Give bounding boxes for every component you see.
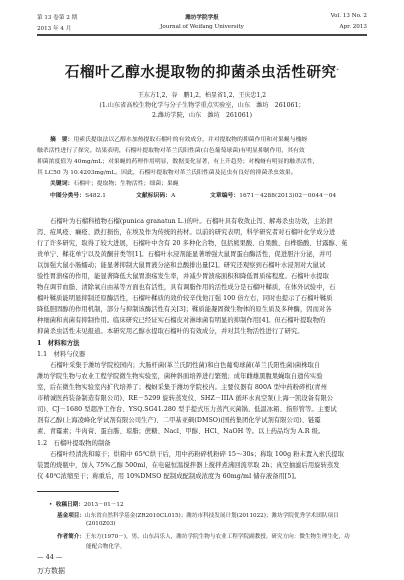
- header-vol-en: Vol. 13 No. 2: [331, 13, 367, 19]
- footnote-fund: 基金项目：山东省自然科学基金(ZR2010CL015)；潍坊市科技发展计划(20…: [57, 511, 339, 519]
- watermark: 万方数据: [37, 566, 65, 576]
- header-date-en: Apr. 2013: [340, 24, 367, 30]
- affiliation-1: (1.山东省高校生物化学与分子生物学重点实验室，山东 潍坊 261061；: [0, 100, 404, 109]
- article-title: 石榴叶乙醇水提取物的抑菌杀虫活性研究*: [0, 61, 404, 82]
- intro-line-5: 以加强大鼠小肠蠕动；能显著抑制大鼠胃液分泌和总酸排出量[2]。研究还观察到石榴叶…: [37, 260, 325, 269]
- intro-line-3: 行了许多研究，取得了较大进展，石榴叶中含有 20 多种化合物，包括熊果酸、白果酸…: [37, 238, 348, 247]
- keywords: 关键词：石榴叶；提取物；生物活性；细菌；果蝇: [50, 178, 179, 187]
- section-1-1-line-1: 石榴叶采集于潍坊学院校园内；大肠杆菌(革兰氏阴性菌)和白色葡萄球菌(革兰氏阳性菌…: [50, 360, 320, 369]
- abstract-line-4: 其 LC50 为 10.4203mg/mL。因此，石榴叶提取物对革兰氏阳性菌及昆…: [37, 167, 297, 176]
- abstract-line-1: 摘 要：用索氏提取法以乙醇水加热提取石榴叶的有效成分，并对提取物的抑菌作用和对果…: [50, 134, 307, 143]
- section-1-1-line-4: 市精诚医药装备制造有限公司)、RE－5299 旋转蒸发仪、SHZ－IIIA 循环…: [37, 393, 333, 402]
- header-rule: [37, 34, 367, 36]
- affiliation-2: 2.潍坊学院，山东 潍坊 261061): [0, 110, 404, 119]
- section-1-1-heading: 1.1 材料与仪器: [37, 349, 85, 358]
- abstract-line-2: 触杀活性进行了探究。结果表明，石榴叶提取物对革兰氏阳性菌(白色葡萄球菌)有明显抑…: [37, 145, 305, 154]
- section-1-2-heading: 1.2 石榴叶提取物的制备: [37, 438, 111, 447]
- intro-line-10: 种细菌和真菌有抑制作用。临床研究已经证实石榴皮对淋球菌有明显的抑制作用[4]。但…: [37, 315, 325, 324]
- footnote-divider: [37, 491, 119, 492]
- section-1-1-line-6: 剂有乙醇(上海凌峰化学试剂有限公司生产)、二甲基亚砜(DMSO)(国药集团化学试…: [37, 415, 321, 424]
- authors: 王东方1,2，谷 鹏1,2，柏显省1,2，王庆忠1,2: [0, 90, 404, 99]
- keywords-label: 关键词：: [50, 181, 73, 187]
- intro-line-8: 榴叶鞣质能明显抑制还原酶活性，石榴叶鞣质的效价较辛伐他汀强 100 倍左右，同时…: [37, 293, 333, 302]
- section-1-2-line-3: 仪 40℃浓缩至干；称重后，用 10%DMSO 配制成配制成浓度为 60mg/m…: [37, 471, 300, 480]
- intro-line-2: 泻、痘风疮、癞疮、跌打损伤，在埃及作为传统的药材。以前的研究表明，科学研究者对石…: [37, 227, 335, 236]
- section-1-heading: 1 材料和方法: [37, 338, 80, 347]
- document-code: 文献标识码：A: [136, 190, 175, 199]
- page-number: — 44 —: [37, 553, 62, 561]
- section-1-2-line-2: 装置的烧瓶中，加入 75%乙醇 500ml，在电磁恒温搅拌器上搅拌煮沸回流萃取 …: [37, 460, 340, 469]
- section-1-1-line-3: 室，后在微生物实验室内扩代培养了；槐蚜采集于潍坊学院校内。主要仪器有 800A …: [37, 382, 327, 391]
- intro-line-11: 抑菌杀虫活性未见报道。本研究用乙醇水提取石榴叶的有效成分，并对其生物活性进行了研…: [37, 326, 304, 335]
- classification: 中图分类号：S482.1: [50, 190, 106, 199]
- footnote-fund-cont: (2010Z03): [86, 521, 116, 527]
- intro-line-4: 贵单宁、鞣花单宁以及黄酮苷类等[1]。石榴叶水浸剂能显著增强大鼠胃蛋白酶活性，促…: [37, 249, 332, 258]
- footnote-bio: 作者简介：王东方(1970－)，男，山东昌乐人，潍坊学院生物与农业工程学院副教授…: [57, 532, 350, 540]
- abstract-line-3: 抑菌浓度值为 40mg/mL；对果蝇的药理作用明显，数据变化显著，有上升趋势；对…: [37, 156, 319, 165]
- intro-line-1: 石榴叶为石榴科植物石榴(punica granatun L.)的叶。石榴叶具有收…: [50, 216, 333, 225]
- footnote-bullet: •: [49, 502, 56, 508]
- footnote-received: • 收稿日期：2013－01－12: [49, 500, 124, 508]
- intro-line-9: 降低胆固醇的作用机制，部分与抑制该酶活性有关[3]；鞣质能凝固微生物体的原生质及…: [37, 304, 332, 313]
- intro-line-6: 验性胃溃疡的作用，能显著降低大鼠胃溃疡发生率，并减少胃溃疡面积和降低胃质疡程度。…: [37, 271, 329, 280]
- intro-line-7: 物在调节血脂、清除氧自由基等方面也有活性，具有调脂作用的活性成分是石榴叶鞣质，在…: [37, 282, 335, 291]
- title-text: 石榴叶乙醇水提取物的抑菌杀虫活性研究: [65, 64, 337, 81]
- article-number: 文章编号：1671－4288(2013)02－0044－04: [210, 190, 336, 199]
- section-1-1-line-5: 司)、CJ－1680 型超净工作台、YSQ.SG41.280 型手提式压力蒸汽灭…: [37, 404, 337, 413]
- footnote-bio-cont: 能配合物化学。: [86, 542, 125, 550]
- section-1-2-line-1: 石榴叶经清洗和晾干；烘箱中 65℃烘干后，用中药粉碎机粉碎 15～30s；称取 …: [50, 449, 344, 458]
- title-footnote-mark: *: [337, 68, 339, 72]
- section-1-1-line-7: 素、青霉素；牛肉膏、蛋白胨、琼脂；蔗糖、Nacl、甲醇、HCl、NaOH 等。以…: [37, 426, 324, 435]
- abstract-label: 摘 要：: [50, 137, 73, 143]
- section-1-1-line-2: 潍坊学院生物与农业工程学院微生物实验室，菌种斜面培养进行繁殖；成年雌雄黑腹果蝇取…: [37, 371, 323, 380]
